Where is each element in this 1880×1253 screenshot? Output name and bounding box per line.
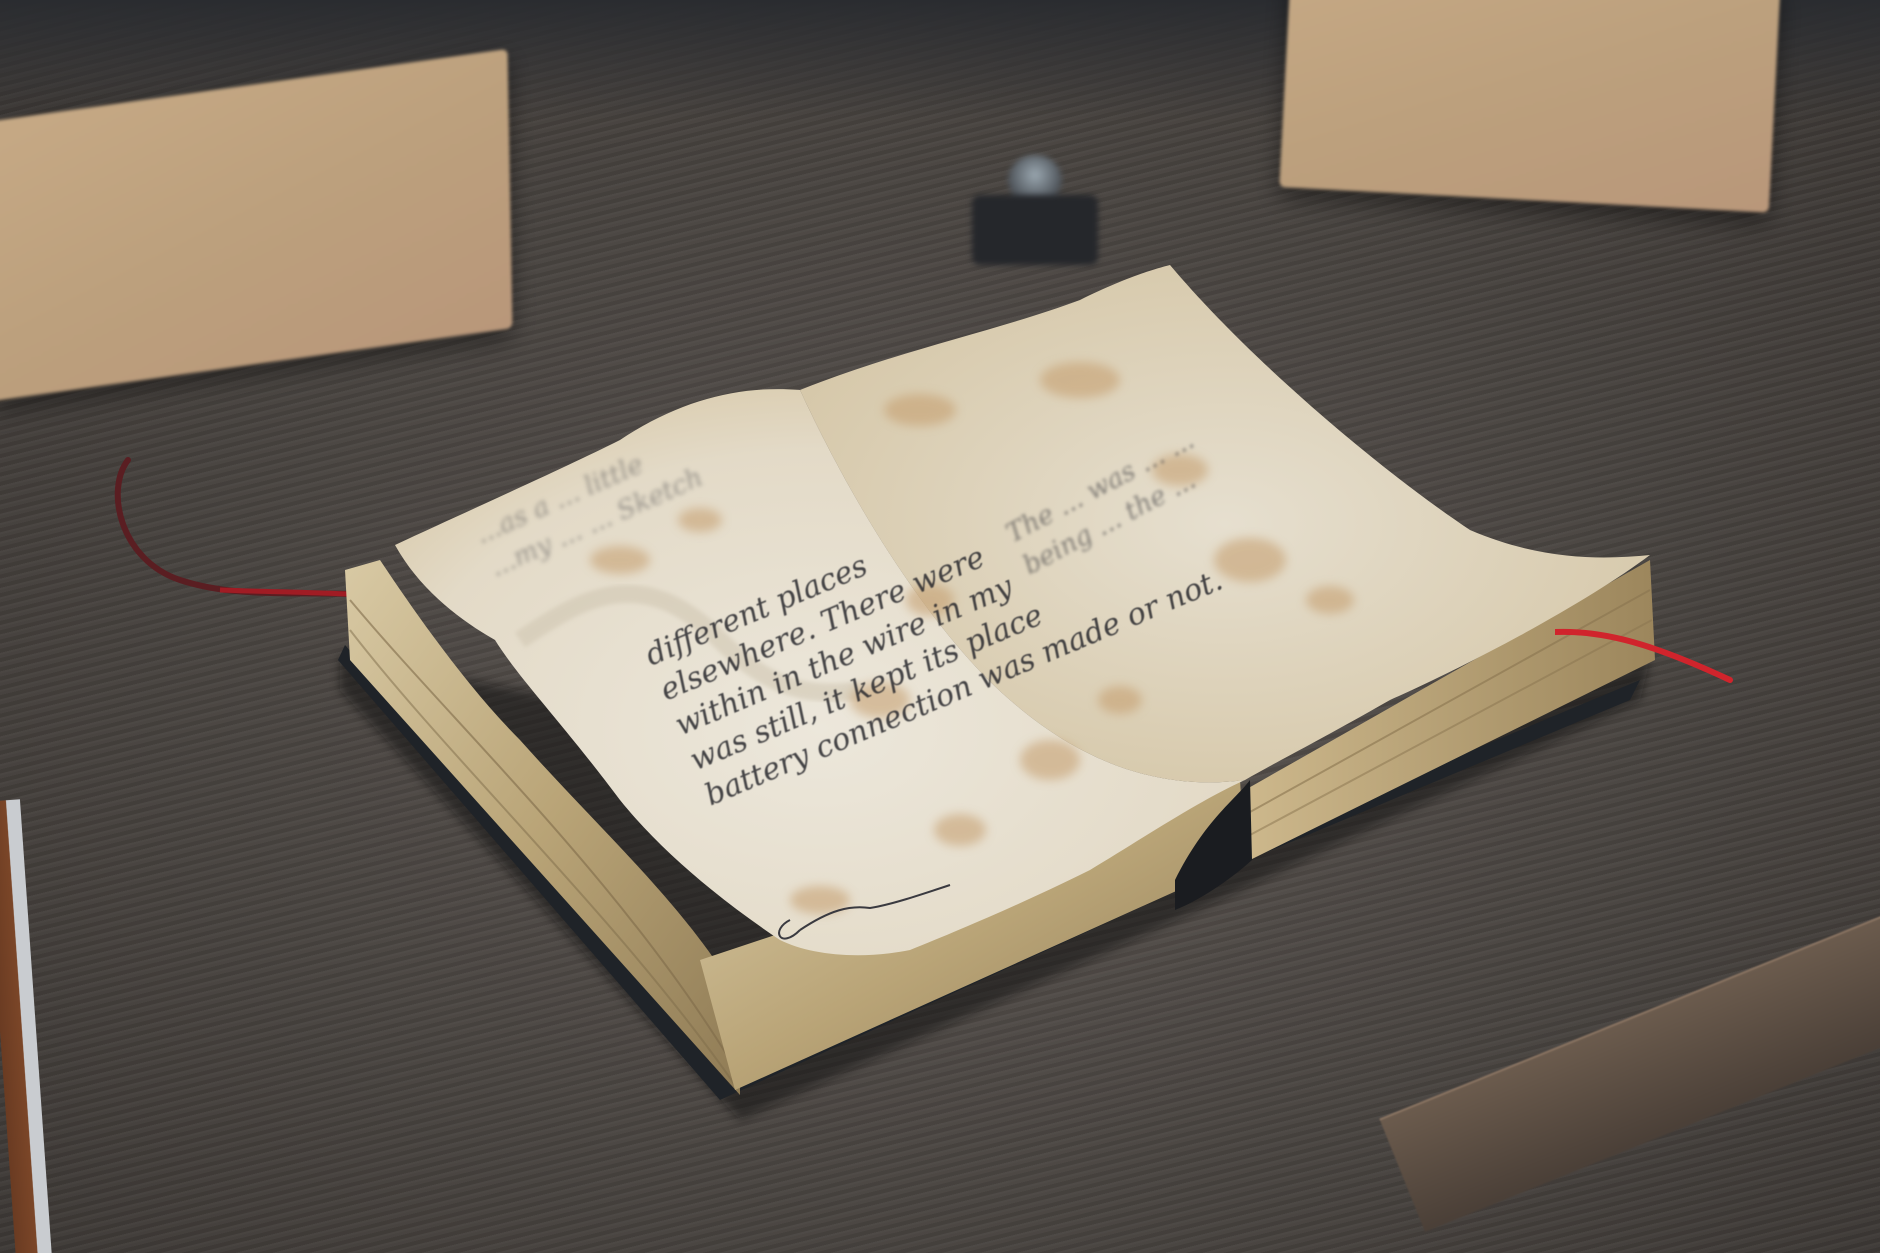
ribbon-bookmark-right bbox=[1555, 620, 1735, 690]
